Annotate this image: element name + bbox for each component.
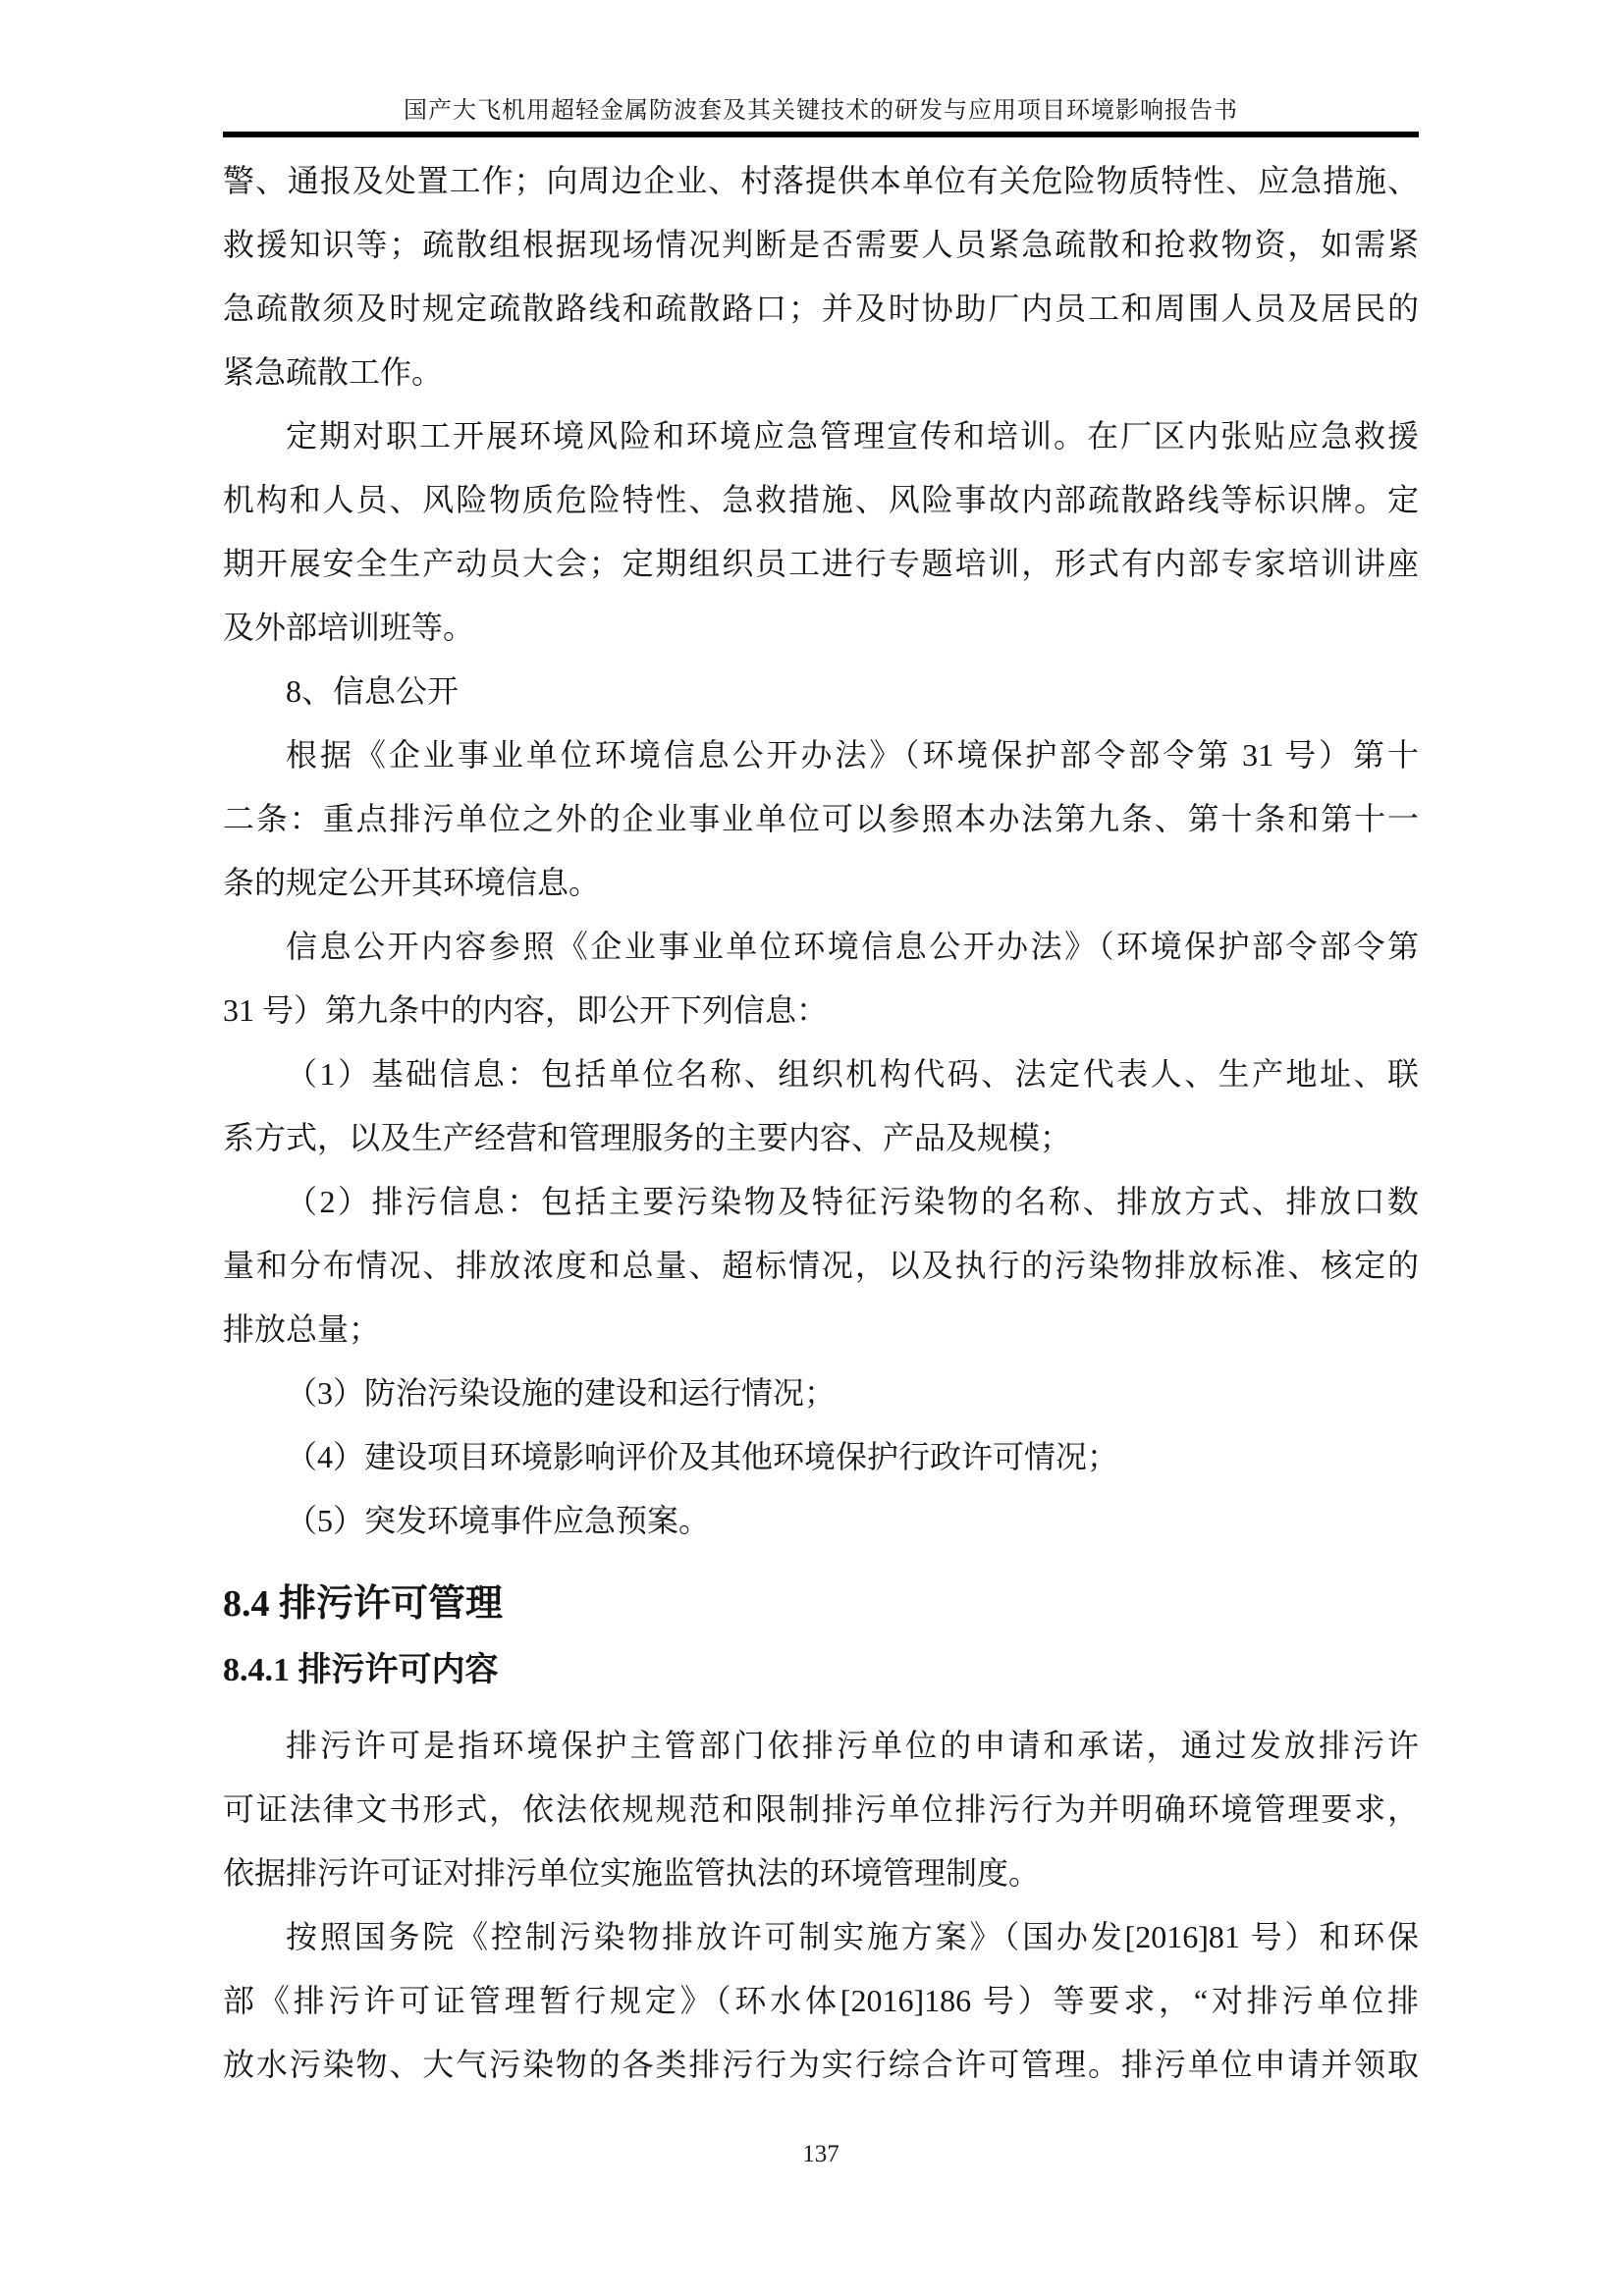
- body-line: 按照国务院《控制污染物排放许可制实施方案》（国办发[2016]81 号）和环保: [223, 1905, 1419, 1969]
- body-line: 期开展安全生产动员大会；定期组织员工进行专题培训，形式有内部专家培训讲座: [223, 532, 1419, 596]
- body-line: 8.4.1 排污许可内容: [223, 1645, 1419, 1696]
- page-number: 137: [223, 2140, 1419, 2169]
- document-page: 国产大飞机用超轻金属防波套及其关键技术的研发与应用项目环境影响报告书 警、通报及…: [0, 0, 1624, 2296]
- paragraph: 按照国务院《控制污染物排放许可制实施方案》（国办发[2016]81 号）和环保部…: [223, 1905, 1419, 2097]
- body-line: 警、通报及处置工作；向周边企业、村落提供本单位有关危险物质特性、应急措施、: [223, 149, 1419, 213]
- paragraph: （2）排污信息：包括主要污染物及特征污染物的名称、排放方式、排放口数量和分布情况…: [223, 1170, 1419, 1362]
- paragraph: （3）防治污染设施的建设和运行情况；: [223, 1362, 1419, 1425]
- paragraph: 信息公开内容参照《企业事业单位环境信息公开办法》（环境保护部令部令第31 号）第…: [223, 915, 1419, 1042]
- body-line: 部《排污许可证管理暂行规定》（环水体[2016]186 号）等要求，“对排污单位…: [223, 1969, 1419, 2033]
- body-line: 及外部培训班等。: [223, 596, 1419, 660]
- paragraph: 警、通报及处置工作；向周边企业、村落提供本单位有关危险物质特性、应急措施、救援知…: [223, 149, 1419, 404]
- body-line: 条的规定公开其环境信息。: [223, 851, 1419, 915]
- body-line: 31 号）第九条中的内容，即公开下列信息：: [223, 979, 1419, 1042]
- body-line: 量和分布情况、排放浓度和总量、超标情况，以及执行的污染物排放标准、核定的: [223, 1234, 1419, 1298]
- body-line: 机构和人员、风险物质危险特性、急救措施、风险事故内部疏散路线等标识牌。定: [223, 468, 1419, 532]
- paragraph: 排污许可是指环境保护主管部门依排污单位的申请和承诺，通过发放排污许可证法律文书形…: [223, 1714, 1419, 1905]
- body-line: 救援知识等；疏散组根据现场情况判断是否需要人员紧急疏散和抢救物资，如需紧: [223, 213, 1419, 277]
- body-line: （3）防治污染设施的建设和运行情况；: [223, 1362, 1419, 1425]
- body-line: 可证法律文书形式，依法依规规范和限制排污单位排污行为并明确环境管理要求，: [223, 1778, 1419, 1842]
- paragraph: 8、信息公开: [223, 660, 1419, 723]
- body-line: 放水污染物、大气污染物的各类排污行为实行综合许可管理。排污单位申请并领取: [223, 2033, 1419, 2097]
- subsection-heading: 8.4.1 排污许可内容: [223, 1645, 1419, 1696]
- paragraph: （5）突发环境事件应急预案。: [223, 1489, 1419, 1553]
- body-line: 二条：重点排污单位之外的企业事业单位可以参照本办法第九条、第十条和第十一: [223, 787, 1419, 851]
- body-line: 排放总量；: [223, 1298, 1419, 1362]
- body-line: 紧急疏散工作。: [223, 341, 1419, 404]
- document-body: 警、通报及处置工作；向周边企业、村落提供本单位有关危险物质特性、应急措施、救援知…: [223, 137, 1419, 2097]
- body-line: （5）突发环境事件应急预案。: [223, 1489, 1419, 1553]
- body-line: 信息公开内容参照《企业事业单位环境信息公开办法》（环境保护部令部令第: [223, 915, 1419, 979]
- body-line: 急疏散须及时规定疏散路线和疏散路口；并及时协助厂内员工和周围人员及居民的: [223, 277, 1419, 341]
- paragraph: （4）建设项目环境影响评价及其他环境保护行政许可情况；: [223, 1425, 1419, 1489]
- body-line: （2）排污信息：包括主要污染物及特征污染物的名称、排放方式、排放口数: [223, 1170, 1419, 1234]
- paragraph: 根据《企业事业单位环境信息公开办法》（环境保护部令部令第 31 号）第十二条：重…: [223, 723, 1419, 915]
- page-footer: 137: [223, 2140, 1419, 2169]
- body-line: 8、信息公开: [223, 660, 1419, 723]
- body-line: （1）基础信息：包括单位名称、组织机构代码、法定代表人、生产地址、联: [223, 1042, 1419, 1106]
- body-line: 根据《企业事业单位环境信息公开办法》（环境保护部令部令第 31 号）第十: [223, 723, 1419, 787]
- body-line: （4）建设项目环境影响评价及其他环境保护行政许可情况；: [223, 1425, 1419, 1489]
- body-line: 系方式，以及生产经营和管理服务的主要内容、产品及规模；: [223, 1106, 1419, 1170]
- section-heading: 8.4 排污许可管理: [223, 1575, 1419, 1633]
- body-line: 依据排污许可证对排污单位实施监管执法的环境管理制度。: [223, 1842, 1419, 1905]
- paragraph: （1）基础信息：包括单位名称、组织机构代码、法定代表人、生产地址、联系方式，以及…: [223, 1042, 1419, 1170]
- body-line: 8.4 排污许可管理: [223, 1575, 1419, 1633]
- body-line: 定期对职工开展环境风险和环境应急管理宣传和培训。在厂区内张贴应急救援: [223, 404, 1419, 468]
- paragraph: 定期对职工开展环境风险和环境应急管理宣传和培训。在厂区内张贴应急救援机构和人员、…: [223, 404, 1419, 660]
- page-header: 国产大飞机用超轻金属防波套及其关键技术的研发与应用项目环境影响报告书: [223, 96, 1419, 137]
- body-line: 排污许可是指环境保护主管部门依排污单位的申请和承诺，通过发放排污许: [223, 1714, 1419, 1778]
- header-title: 国产大飞机用超轻金属防波套及其关键技术的研发与应用项目环境影响报告书: [223, 96, 1419, 126]
